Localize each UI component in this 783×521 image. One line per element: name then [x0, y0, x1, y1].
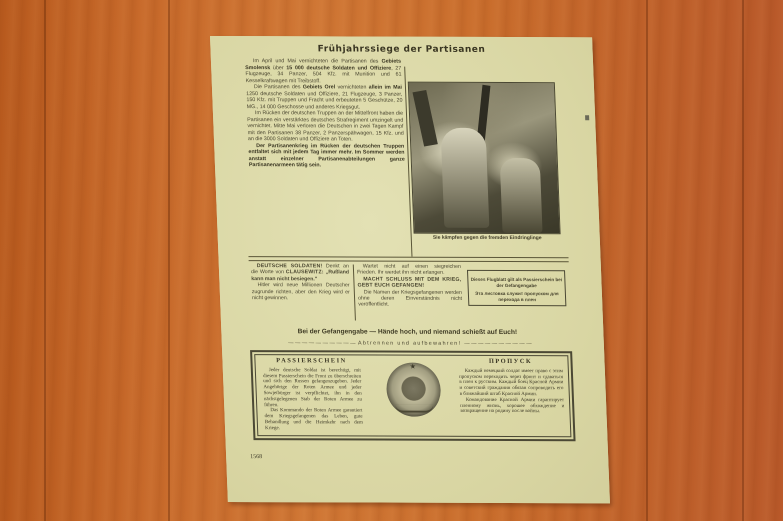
pass-title-german: PASSIERSCHEIN: [262, 358, 360, 364]
article-text-run: vernichteten: [335, 84, 369, 90]
article-emphasis: 15 000 deutsche Soldaten und Offiziere: [286, 65, 391, 71]
article-text: Im April und Mai vernichteten die Partis…: [245, 58, 405, 169]
partisan-photo: [408, 82, 561, 235]
surrender-slogan: Bei der Gefangengabe — Hände hoch, und n…: [221, 328, 593, 336]
paper-mark: [585, 115, 589, 120]
article-text-run: 1250 deutsche Soldaten und Offiziere, 21…: [246, 91, 403, 110]
article-emphasis: allein im Mai: [369, 85, 402, 91]
appeal-text-peace: Wartet nicht auf einen siegreichen Fried…: [357, 263, 462, 276]
photo-caption: Sie kämpfen gegen die fremden Eindringli…: [414, 235, 561, 242]
leaflet-sheet: Frühjahrssiege der Partisanen Im April u…: [210, 36, 610, 503]
leaflet-title: Frühjahrssiege der Partisanen: [210, 44, 592, 55]
article-text-run: Im Rücken der deutschen Truppen an der M…: [247, 110, 404, 142]
article-paragraph: Die Partisanen des Gebiets Orel vernicht…: [246, 84, 403, 111]
pass-notice-box: Dieses Flugblatt gilt als Passierschein …: [467, 270, 566, 306]
pass-russian: ПРОПУСК Каждый немецкий солдат имеет пра…: [458, 359, 564, 416]
article-paragraph: Im Rücken der deutschen Truppen an der M…: [247, 110, 404, 143]
article-text-run: über: [270, 65, 286, 71]
pass-guarantee-german: Das Kommando der Roten Armee garantiert …: [264, 409, 363, 433]
column-divider: [353, 264, 356, 320]
raised-arm-shape: [412, 90, 437, 147]
pass-title-russian: ПРОПУСК: [458, 359, 562, 365]
pass-notice-german: Dieses Flugblatt gilt als Passierschein …: [468, 277, 564, 289]
section-divider: [248, 256, 568, 262]
pass-text-german: Jeder deutsche Soldat ist berechtigt, mi…: [263, 368, 363, 409]
wood-plank-seam: [168, 0, 170, 521]
star-icon: ★: [410, 363, 417, 371]
clausewitz-name: CLAUSEWITZ:: [286, 270, 324, 276]
appeal-column-surrender: Wartet nicht auf einen siegreichen Fried…: [357, 263, 463, 308]
surrender-call: MACHT SCHLUSS MIT DEM KRIEG, GEBT EUCH G…: [357, 276, 462, 289]
article-text-run: Die Partisanen des: [254, 84, 303, 90]
page-number: 1568: [250, 454, 262, 460]
dash-line-left: — — — — — — — — — —: [288, 340, 356, 346]
wood-plank-seam: [44, 0, 46, 521]
article-paragraph: Im April und Mai vernichteten die Partis…: [245, 58, 402, 85]
pass-text-russian: Каждый немецкий солдат имеет право с эти…: [459, 369, 564, 398]
tear-off-label: Abtrennen und aufbewahren!: [358, 340, 462, 346]
article-paragraph: Der Partisanenkrieg im Rücken der deutsc…: [248, 143, 405, 170]
pass-german: PASSIERSCHEIN Jeder deutsche Soldat ist …: [262, 358, 363, 432]
dash-line-right: — — — — — — — — — —: [464, 341, 532, 347]
wood-plank-seam: [646, 0, 648, 521]
partisan-figure-young-man: [500, 158, 543, 233]
appeal-text-hitler: Hitler wird neue Millionen Deutscher zug…: [251, 282, 350, 302]
article-emphasis: Gebiets Orel: [303, 84, 336, 90]
tear-off-line[interactable]: — — — — — — — — — — Abtrennen und aufbew…: [250, 340, 570, 347]
names-privacy-note: Die Namen der Kriegsgefangenen werden oh…: [358, 289, 463, 309]
pass-guarantee-russian: Командование Красной Армии гарантирует п…: [460, 398, 565, 416]
ribbon-shape: [395, 405, 433, 413]
pass-notice-russian: Эта листовка служит пропуском для перехо…: [469, 291, 565, 303]
safe-conduct-pass: PASSIERSCHEIN Jeder deutsche Soldat ist …: [250, 350, 576, 441]
article-emphasis: Der Partisanenkrieg im Rücken der deutsc…: [248, 143, 405, 169]
article-text-run: Im April und Mai vernichteten die Partis…: [253, 58, 382, 64]
partisan-figure-old-man: [441, 128, 490, 228]
wood-plank-seam: [742, 0, 744, 521]
appeal-column-clausewitz: DEUTSCHE SOLDATEN! Denkt an die Worte vo…: [251, 263, 350, 302]
appeal-heading: DEUTSCHE SOLDATEN!: [257, 263, 323, 269]
